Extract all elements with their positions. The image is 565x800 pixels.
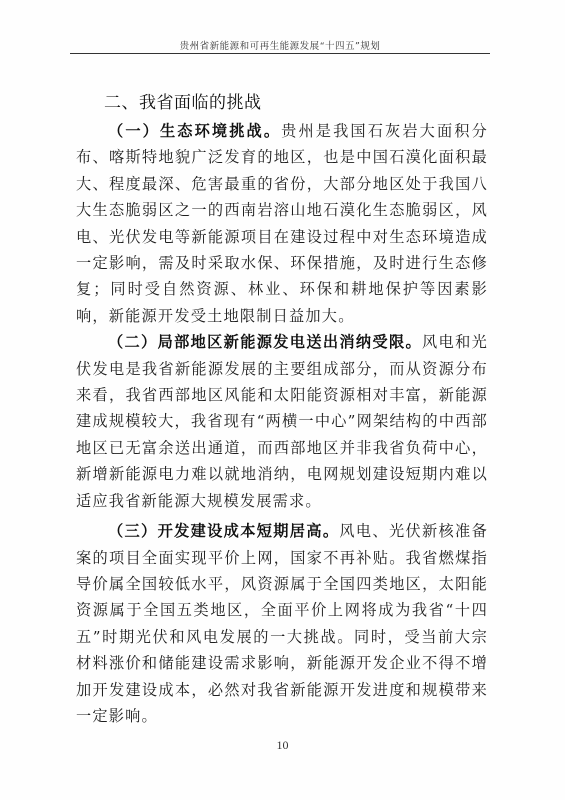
document-page: 贵州省新能源和可再生能源发展“十四五”规划 二、我省面临的挑战 （一）生态环境挑…: [0, 0, 565, 800]
section-heading: 二、我省面临的挑战: [104, 88, 262, 113]
running-header: 贵州省新能源和可再生能源发展“十四五”规划: [70, 38, 490, 52]
body-text: （一）生态环境挑战。贵州是我国石灰岩大面积分布、喀斯特地貌广泛发育的地区，也是中…: [76, 118, 488, 729]
paragraph-lead: （一）生态环境挑战。: [108, 122, 281, 140]
page-number: 10: [0, 738, 565, 753]
paragraph-text: 贵州是我国石灰岩大面积分布、喀斯特地貌广泛发育的地区，也是中国石漠化面积最大、程…: [76, 122, 488, 325]
paragraph-lead: （二）局部地区新能源发电送出消纳受限。: [108, 333, 422, 351]
header-divider: [70, 53, 490, 54]
paragraph-lead: （三）开发建设成本短期居高。: [108, 522, 339, 540]
paragraph-development-cost: （三）开发建设成本短期居高。风电、光伏新核准备案的项目全面实现平价上网，国家不再…: [76, 518, 488, 729]
paragraph-ecological-challenge: （一）生态环境挑战。贵州是我国石灰岩大面积分布、喀斯特地貌广泛发育的地区，也是中…: [76, 118, 488, 329]
paragraph-grid-limits: （二）局部地区新能源发电送出消纳受限。风电和光伏发电是我省新能源发展的主要组成部…: [76, 329, 488, 514]
paragraph-text: 风电、光伏新核准备案的项目全面实现平价上网，国家不再补贴。我省燃煤指导价属全国较…: [76, 522, 488, 725]
paragraph-text: 风电和光伏发电是我省新能源发展的主要组成部分，而从资源分布来看，我省西部地区风能…: [76, 333, 488, 509]
